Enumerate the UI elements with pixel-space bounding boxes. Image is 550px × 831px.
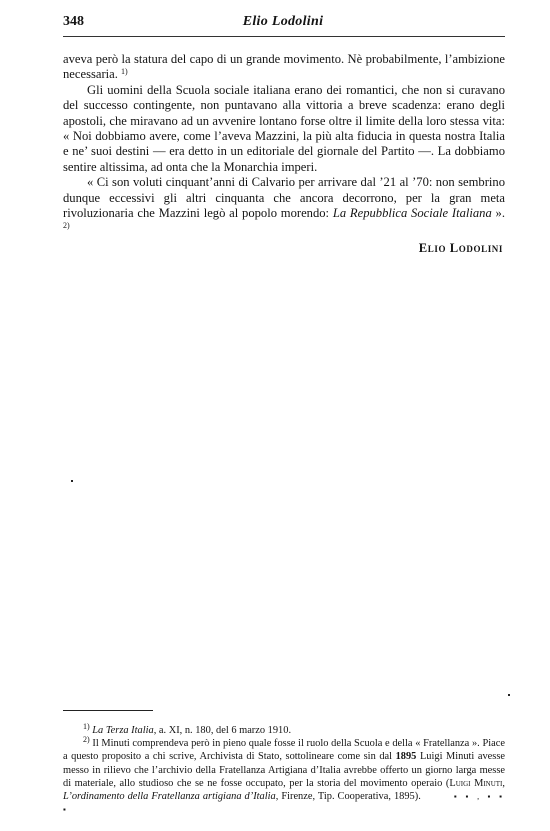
scan-speck	[71, 480, 73, 482]
running-head: Elio Lodolini	[63, 14, 503, 30]
footnote-ref-2[interactable]: 2)	[63, 221, 70, 230]
footnote-rule	[63, 710, 153, 711]
paragraph-1: aveva però la statura del capo di un gra…	[63, 52, 505, 83]
paragraph-2: Gli uomini della Scuola sociale italiana…	[63, 83, 505, 175]
body-text: aveva però la statura del capo di un gra…	[63, 52, 505, 256]
author-signature: Elio Lodolini	[63, 241, 505, 256]
header-rule	[63, 36, 505, 37]
footnote-ref-1[interactable]: 1)	[121, 67, 128, 76]
footnote-2: 2) Il Minuti comprendeva però in pieno q…	[63, 737, 505, 816]
scan-speck	[508, 694, 510, 696]
page-header: 348 Elio Lodolini	[63, 12, 503, 34]
italic-title: La Repubblica Sociale Italiana	[333, 206, 492, 220]
footnotes: 1) La Terza Italia, a. XI, n. 180, del 6…	[63, 724, 505, 816]
footnote-1: 1) La Terza Italia, a. XI, n. 180, del 6…	[63, 724, 505, 737]
paragraph-3: « Ci son voluti cinquant’anni di Calvari…	[63, 175, 505, 237]
